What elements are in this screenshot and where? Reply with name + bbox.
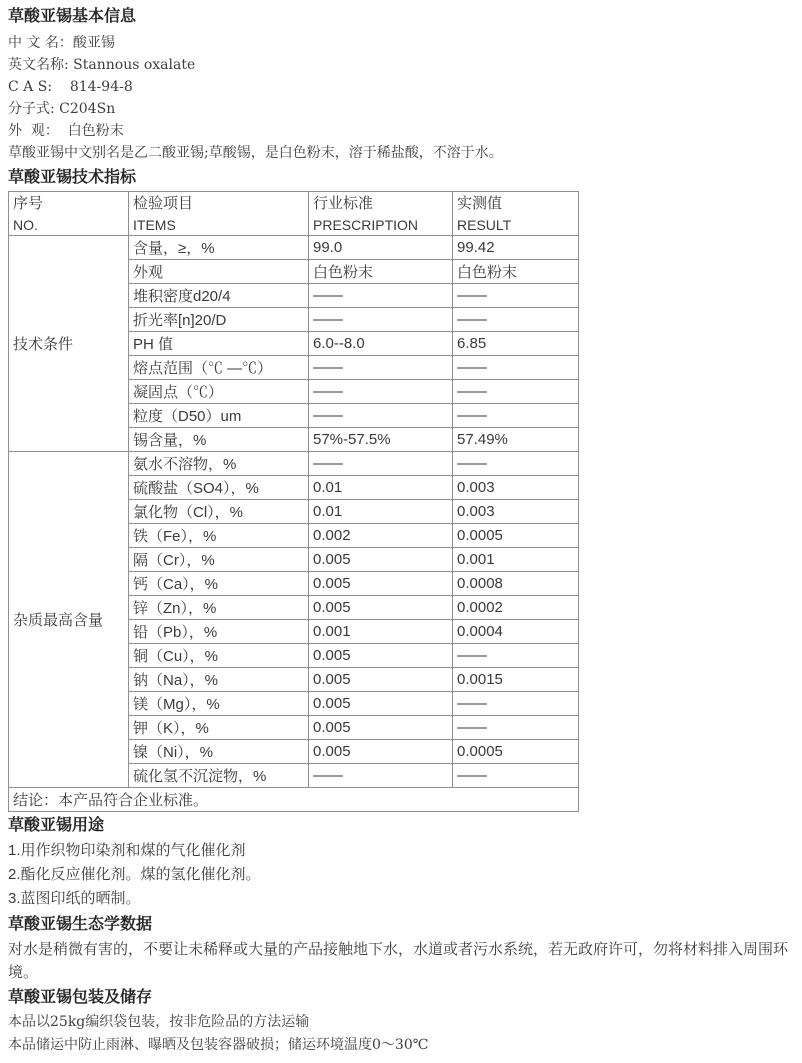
spec-item: PH 值 — [129, 332, 309, 356]
spec-result: 0.003 — [453, 500, 579, 524]
spec-item: 堆积密度d20/4 — [129, 284, 309, 308]
spec-standard: —— — [309, 404, 453, 428]
spec-standard: 0.005 — [309, 644, 453, 668]
use-item: 2.酯化反应催化剂。煤的氢化催化剂。 — [8, 863, 792, 887]
table-row: 杂质最高含量 氨水不溶物，% —— —— — [9, 452, 579, 476]
spec-result: 白色粉末 — [453, 260, 579, 284]
spec-result: —— — [453, 764, 579, 788]
spec-standard: —— — [309, 380, 453, 404]
spec-standard: 0.001 — [309, 620, 453, 644]
spec-standard: 0.01 — [309, 476, 453, 500]
spec-item: 硫化氢不沉淀物，% — [129, 764, 309, 788]
spec-result: 0.0008 — [453, 572, 579, 596]
header-prescription: 行业标准 PRESCRIPTION — [309, 192, 453, 236]
info-line-alias: 草酸亚锡中文别名是乙二酸亚锡;草酸锡，是白色粉末，溶于稀盐酸，不溶于水。 — [8, 142, 792, 164]
spec-item: 钙（Ca），% — [129, 572, 309, 596]
use-item: 1.用作织物印染剂和煤的气化催化剂 — [8, 839, 792, 863]
spec-item: 硫酸盐（SO4），% — [129, 476, 309, 500]
spec-item: 熔点范围（℃ —℃） — [129, 356, 309, 380]
spec-item: 铜（Cu），% — [129, 644, 309, 668]
spec-item: 锌（Zn），% — [129, 596, 309, 620]
header-no-en: NO. — [13, 216, 124, 234]
header-result-cn: 实测值 — [457, 194, 574, 214]
spec-item: 折光率[n]20/D — [129, 308, 309, 332]
packaging-heading: 草酸亚锡包装及储存 — [8, 987, 792, 1008]
spec-standard: 99.0 — [309, 236, 453, 260]
header-result-en: RESULT — [457, 216, 574, 234]
spec-item: 氯化物（Cl），% — [129, 500, 309, 524]
packaging-line: 本品以25kg编织袋包装，按非危险品的方法运输 — [8, 1011, 792, 1034]
spec-standard: —— — [309, 308, 453, 332]
spec-section-heading: 草酸亚锡技术指标 — [8, 167, 792, 188]
spec-result: —— — [453, 716, 579, 740]
header-prescription-en: PRESCRIPTION — [313, 216, 448, 234]
spec-result: 6.85 — [453, 332, 579, 356]
info-line-formula: 分子式: C204Sn — [8, 98, 792, 120]
spec-standard: 57%-57.5% — [309, 428, 453, 452]
document-page: 草酸亚锡基本信息 中 文 名：酸亚锡 英文名称: Stannous oxalat… — [0, 0, 802, 1063]
spec-item: 凝固点（℃） — [129, 380, 309, 404]
spec-result: 0.001 — [453, 548, 579, 572]
ecology-section: 草酸亚锡生态学数据 对水是稍微有害的，不要让未稀释或大量的产品接触地下水，水道或… — [8, 914, 792, 984]
spec-standard: 0.01 — [309, 500, 453, 524]
header-items-cn: 检验项目 — [133, 194, 304, 214]
spec-table: 序号 NO. 检验项目 ITEMS 行业标准 PRESCRIPTION 实测值 … — [8, 191, 579, 812]
spec-result: 0.0005 — [453, 524, 579, 548]
spec-standard: 白色粉末 — [309, 260, 453, 284]
uses-heading: 草酸亚锡用途 — [8, 815, 792, 836]
spec-standard: —— — [309, 764, 453, 788]
spec-result: 99.42 — [453, 236, 579, 260]
spec-item: 镍（Ni），% — [129, 740, 309, 764]
spec-standard: 0.005 — [309, 668, 453, 692]
spec-result: —— — [453, 452, 579, 476]
uses-section: 草酸亚锡用途 1.用作织物印染剂和煤的气化催化剂 2.酯化反应催化剂。煤的氢化催… — [8, 815, 792, 911]
spec-item: 镁（Mg），% — [129, 692, 309, 716]
spec-result: 57.49% — [453, 428, 579, 452]
spec-item: 外观 — [129, 260, 309, 284]
table-header-row: 序号 NO. 检验项目 ITEMS 行业标准 PRESCRIPTION 实测值 … — [9, 192, 579, 236]
spec-standard: —— — [309, 284, 453, 308]
packaging-section: 草酸亚锡包装及储存 本品以25kg编织袋包装，按非危险品的方法运输 本品储运中防… — [8, 987, 792, 1057]
spec-result: 0.0015 — [453, 668, 579, 692]
spec-item: 铅（Pb），% — [129, 620, 309, 644]
spec-result: —— — [453, 356, 579, 380]
spec-standard: 0.005 — [309, 572, 453, 596]
spec-standard: 0.005 — [309, 596, 453, 620]
info-line-cas: C A S: 814-94-8 — [8, 76, 792, 98]
group-label-technical: 技术条件 — [9, 236, 129, 452]
spec-item: 锡含量，% — [129, 428, 309, 452]
info-line-english-name: 英文名称: Stannous oxalate — [8, 54, 792, 76]
spec-result: 0.0004 — [453, 620, 579, 644]
packaging-line: 本品储运中防止雨淋、曝晒及包装容器破损；储运环境温度0～30℃ — [8, 1034, 792, 1057]
spec-item: 粒度（D50）um — [129, 404, 309, 428]
header-result: 实测值 RESULT — [453, 192, 579, 236]
header-no: 序号 NO. — [9, 192, 129, 236]
spec-standard: —— — [309, 452, 453, 476]
spec-standard: 0.005 — [309, 692, 453, 716]
header-items-en: ITEMS — [133, 216, 304, 234]
table-row: 技术条件 含量，≥，% 99.0 99.42 — [9, 236, 579, 260]
spec-result: —— — [453, 404, 579, 428]
spec-item: 含量，≥，% — [129, 236, 309, 260]
ecology-text: 对水是稍微有害的，不要让未稀释或大量的产品接触地下水，水道或者污水系统，若无政府… — [8, 938, 792, 984]
use-item: 3.蓝图印纸的晒制。 — [8, 887, 792, 911]
spec-item: 钾（K），% — [129, 716, 309, 740]
spec-result: —— — [453, 284, 579, 308]
conclusion-text: 结论：本产品符合企业标准。 — [9, 788, 579, 812]
spec-item: 铁（Fe），% — [129, 524, 309, 548]
ecology-heading: 草酸亚锡生态学数据 — [8, 914, 792, 935]
spec-item: 氨水不溶物，% — [129, 452, 309, 476]
spec-standard: —— — [309, 356, 453, 380]
spec-result: —— — [453, 380, 579, 404]
spec-standard: 0.002 — [309, 524, 453, 548]
spec-result: 0.0002 — [453, 596, 579, 620]
spec-standard: 0.005 — [309, 740, 453, 764]
spec-result: —— — [453, 644, 579, 668]
spec-standard: 0.005 — [309, 716, 453, 740]
header-items: 检验项目 ITEMS — [129, 192, 309, 236]
spec-result: —— — [453, 692, 579, 716]
header-no-cn: 序号 — [13, 194, 124, 214]
info-line-appearance: 外 观： 白色粉末 — [8, 120, 792, 142]
page-title: 草酸亚锡基本信息 — [8, 6, 792, 27]
table-conclusion-row: 结论：本产品符合企业标准。 — [9, 788, 579, 812]
spec-result: —— — [453, 308, 579, 332]
spec-result: 0.003 — [453, 476, 579, 500]
spec-standard: 0.005 — [309, 548, 453, 572]
spec-item: 隔（Cr），% — [129, 548, 309, 572]
basic-info-section: 中 文 名：酸亚锡 英文名称: Stannous oxalate C A S: … — [8, 32, 792, 164]
info-line-chinese-name: 中 文 名：酸亚锡 — [8, 32, 792, 54]
spec-result: 0.0005 — [453, 740, 579, 764]
spec-standard: 6.0--8.0 — [309, 332, 453, 356]
spec-item: 钠（Na），% — [129, 668, 309, 692]
header-prescription-cn: 行业标准 — [313, 194, 448, 214]
group-label-impurity: 杂质最高含量 — [9, 452, 129, 788]
